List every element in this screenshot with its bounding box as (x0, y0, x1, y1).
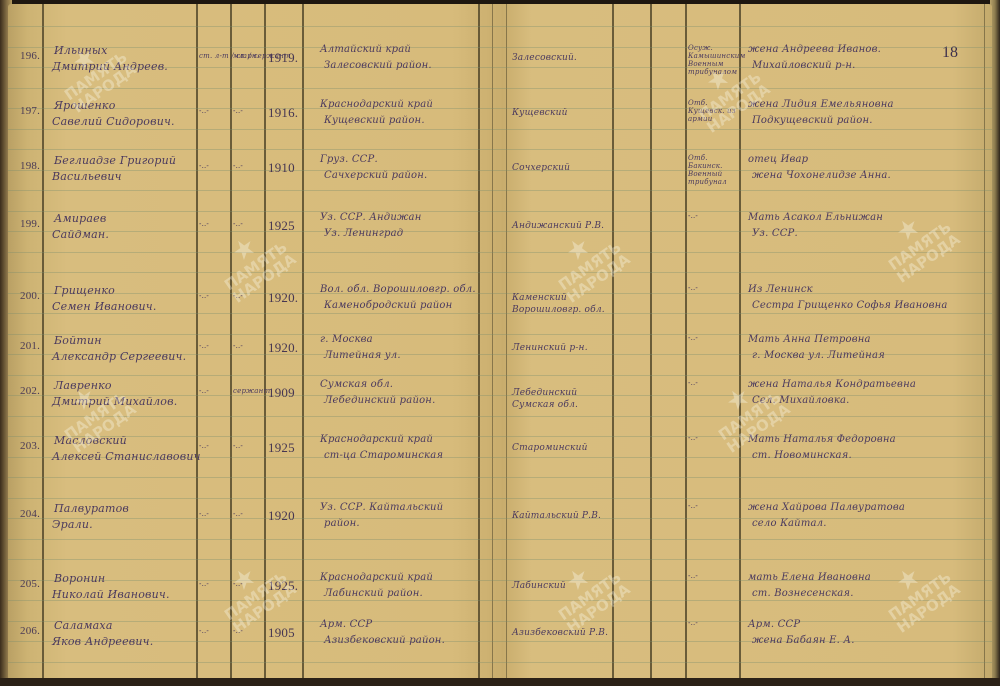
row-number: 200. (20, 290, 40, 302)
ruled-line (8, 416, 502, 417)
service-note: Отб. Бакинск. Военный трибунал (688, 154, 738, 186)
watermark-line1: ПАМЯТЬ (215, 235, 297, 299)
enlistment-office: Азизбековский Р.В. (512, 627, 608, 639)
ruled-line (502, 108, 992, 109)
service-note: -..- (688, 379, 698, 387)
surname: Воронин (54, 572, 105, 585)
given-name: Алексей Станиславович (52, 450, 201, 463)
relative-line2: село Кайтал. (752, 518, 827, 529)
ruled-line (502, 436, 992, 437)
service-note: -..- (688, 572, 698, 580)
watermark-line1: ПАМЯТЬ (549, 565, 631, 629)
relative-line2: г. Москва ул. Литейная (752, 350, 885, 361)
rank: -..- (199, 510, 209, 518)
birth-year: 1905 (268, 625, 295, 641)
row-number: 204. (20, 508, 40, 520)
row-number: 206. (20, 625, 40, 637)
rank: -..- (199, 580, 209, 588)
service-note: -..- (688, 434, 698, 442)
row-number: 203. (20, 440, 40, 452)
relative-line2: жена Чохонелидзе Анна. (752, 170, 891, 181)
relative-line1: отец Ивар (748, 154, 808, 165)
relative-line1: жена Наталья Кондратьевна (748, 379, 916, 390)
birthplace-line2: Сачхерский район. (324, 170, 427, 181)
specialty: -..- (233, 580, 243, 588)
ruled-line (8, 539, 502, 540)
specialty: -..- (233, 162, 243, 170)
given-name: Эрали. (52, 518, 93, 531)
ruled-line (502, 559, 992, 560)
service-note: Отб. Кущевск. из армии (688, 99, 738, 123)
ruled-line (502, 498, 992, 499)
ruled-line (502, 252, 992, 253)
enlistment-office: Кущевский (512, 107, 568, 119)
relative-line1: Из Ленинск (748, 284, 813, 295)
relative-line2: Михайловский р-н. (752, 60, 856, 71)
watermark-line1: ПАМЯТЬ (879, 565, 961, 629)
ruled-line (502, 149, 992, 150)
rank: -..- (199, 342, 209, 350)
birthplace-line1: Вол. обл. Ворошиловгр. обл. (320, 284, 476, 295)
watermark-line2: НАРОДА (888, 227, 970, 291)
ruled-line (8, 498, 502, 499)
ruled-line (502, 354, 992, 355)
rank: -..- (199, 292, 209, 300)
ruled-line (8, 662, 502, 663)
row-number: 198. (20, 160, 40, 172)
watermark-line1: ПАМЯТЬ (215, 565, 297, 629)
ruled-line (502, 375, 992, 376)
surname: Ярошенко (54, 99, 116, 112)
row-number: 197. (20, 105, 40, 117)
birthplace-line2: ст-ца Староминская (324, 450, 443, 461)
relative-line2: Уз. ССР. (752, 228, 798, 239)
rank: -..- (199, 442, 209, 450)
rank: -..- (199, 107, 209, 115)
given-name: Яков Андреевич. (52, 635, 153, 648)
birthplace-line1: г. Москва (320, 334, 373, 345)
ruled-line (502, 190, 992, 191)
service-note: -..- (688, 619, 698, 627)
ruled-line (8, 88, 502, 89)
ledger-spread: 196.ИльиныхДмитрий Андреев.ст. л-т / стр… (0, 0, 1000, 686)
left-page: 196.ИльиныхДмитрий Андреев.ст. л-т / стр… (8, 4, 502, 680)
birthplace-line2: Каменобродский район (324, 300, 452, 311)
enlistment-office: Староминский (512, 442, 588, 454)
ruled-line (502, 211, 992, 212)
service-note: -..- (688, 212, 698, 220)
ruled-line (8, 26, 502, 27)
service-note: -..- (688, 502, 698, 510)
birthplace-line1: Арм. ССР (320, 619, 372, 630)
ruled-line (8, 272, 502, 273)
birthplace-line2: Литейная ул. (324, 350, 401, 361)
relative-line2: Сестра Грищенко Софья Ивановна (752, 300, 948, 311)
rank: -..- (199, 220, 209, 228)
birth-year: 1920. (268, 340, 298, 356)
surname: Амираев (54, 212, 106, 225)
rank: -..- (199, 162, 209, 170)
archive-watermark: ★ПАМЯТЬНАРОДА (694, 363, 800, 460)
given-name: Николай Иванович. (52, 588, 170, 601)
relative-line2: ст. Новоминская. (752, 450, 852, 461)
enlistment-office: Ленинский р-н. (512, 342, 588, 354)
rank: -..- (199, 387, 209, 395)
service-note: -..- (688, 334, 698, 342)
enlistment-office: Андижанский Р.В. (512, 220, 604, 232)
ruled-line (502, 580, 992, 581)
birthplace-line2: Уз. Ленинград (324, 228, 403, 239)
archive-watermark: ★ПАМЯТЬНАРОДА (864, 543, 970, 640)
row-number: 205. (20, 578, 40, 590)
relative-line2: жена Бабаян Е. А. (752, 635, 855, 646)
specialty: -..- (233, 342, 243, 350)
right-page: 18 Залесовский.Осуж. Камышинским Военным… (502, 4, 992, 680)
enlistment-office: Залесовский. (512, 52, 577, 64)
surname: Бойтин (54, 334, 102, 347)
relative-line1: жена Хайрова Палвуратова (748, 502, 905, 513)
watermark-line1: ПАМЯТЬ (879, 215, 961, 279)
enlistment-office: Лабинский (512, 580, 566, 592)
ruled-line (502, 170, 992, 171)
specialty: -..- (233, 442, 243, 450)
relative-line1: жена Андреева Иванов. (748, 44, 881, 55)
birth-year: 1909 (268, 385, 295, 401)
birth-year: 1925. (268, 578, 298, 594)
ruled-line (8, 375, 502, 376)
birthplace-line2: Лебединский район. (324, 395, 435, 406)
enlistment-office: Каменский Ворошиловгр. обл. (512, 292, 610, 316)
birth-year: 1925 (268, 218, 295, 234)
birth-year: 1920 (268, 508, 295, 524)
relative-line1: Арм. ССР (748, 619, 800, 630)
specialty: -..- (233, 107, 243, 115)
ruled-line (502, 26, 992, 27)
ruled-line (502, 600, 992, 601)
ruled-line (8, 252, 502, 253)
birthplace-line1: Уз. ССР. Кайтальский (320, 502, 443, 513)
birthplace-line1: Алтайский край (320, 44, 411, 55)
ruled-line (502, 334, 992, 335)
ruled-line (8, 149, 502, 150)
given-name: Сайдман. (52, 228, 109, 241)
given-name: Семен Иванович. (52, 300, 157, 313)
birth-year: 1910 (268, 160, 295, 176)
surname: Беглиадзе Григорий (54, 154, 176, 167)
watermark-line1: ПАМЯТЬ (549, 235, 631, 299)
book-bottom-edge (0, 678, 1000, 686)
birthplace-line2: Кущевский район. (324, 115, 425, 126)
birthplace-line1: Краснодарский край (320, 99, 433, 110)
birthplace-line1: Краснодарский край (320, 434, 433, 445)
surname: Масловский (54, 434, 127, 447)
relative-line2: ст. Вознесенская. (752, 588, 854, 599)
given-name: Савелий Сидорович. (52, 115, 175, 128)
ruled-line (502, 416, 992, 417)
specialty: -..- (233, 627, 243, 635)
ruled-line (8, 559, 502, 560)
specialty: -..- (233, 220, 243, 228)
birthplace-line2: Лабинский район. (324, 588, 423, 599)
service-note: Осуж. Камышинским Военным трибуналом (688, 44, 738, 76)
specialty: -..- (233, 510, 243, 518)
surname: Ильиных (54, 44, 107, 57)
birthplace-line1: Груз. ССР. (320, 154, 378, 165)
birth-year: 1920. (268, 290, 298, 306)
given-name: Дмитрий Андреев. (52, 60, 168, 73)
row-number: 201. (20, 340, 40, 352)
ruled-line (502, 67, 992, 68)
row-number: 202. (20, 385, 40, 397)
surname: Лавренко (54, 379, 112, 392)
birthplace-line2: Азизбековский район. (324, 635, 445, 646)
ruled-line (502, 272, 992, 273)
archive-watermark: ★ПАМЯТЬНАРОДА (864, 193, 970, 290)
ruled-line (502, 539, 992, 540)
star-icon: ★ (864, 193, 953, 266)
relative-line1: Мать Асакол Ельнижан (748, 212, 883, 223)
rank: -..- (199, 627, 209, 635)
relative-line2: Подкущевский район. (752, 115, 873, 126)
relative-line2: Сел. Михайловка. (752, 395, 850, 406)
given-name: Дмитрий Михайлов. (52, 395, 177, 408)
row-number: 199. (20, 218, 40, 230)
surname: Саламаха (54, 619, 113, 632)
relative-line1: Мать Анна Петровна (748, 334, 871, 345)
watermark-line2: НАРОДА (888, 577, 970, 641)
birthplace-line1: Уз. ССР. Андижан (320, 212, 421, 223)
ruled-line (502, 641, 992, 642)
enlistment-office: Лебединский Сумская обл. (512, 387, 610, 411)
specialty: -..- (233, 292, 243, 300)
birthplace-line1: Краснодарский край (320, 572, 433, 583)
birthplace-line2: Залесовский район. (324, 60, 432, 71)
birth-year: 1916. (268, 105, 298, 121)
enlistment-office: Кайтальский Р.В. (512, 510, 601, 522)
birth-year: 1925 (268, 440, 295, 456)
ruled-line (502, 47, 992, 48)
ruled-line (8, 129, 502, 130)
row-number: 196. (20, 50, 40, 62)
relative-line1: мать Елена Ивановна (748, 572, 871, 583)
ruled-line (502, 621, 992, 622)
surname: Грищенко (54, 284, 115, 297)
given-name: Васильевич (52, 170, 122, 183)
specialty: сержант (233, 387, 270, 395)
ruled-line (502, 129, 992, 130)
service-note: -..- (688, 284, 698, 292)
ruled-line (502, 457, 992, 458)
ruled-line (8, 190, 502, 191)
ruled-line (502, 88, 992, 89)
relative-line1: жена Лидия Емельяновна (748, 99, 894, 110)
ruled-line (8, 477, 502, 478)
surname: Палвуратов (54, 502, 129, 515)
ruled-line (502, 662, 992, 663)
given-name: Александр Сергеевич. (52, 350, 186, 363)
relative-line1: Мать Наталья Федоровна (748, 434, 896, 445)
ruled-line (8, 313, 502, 314)
enlistment-office: Сочхерский (512, 162, 570, 174)
birthplace-line2: район. (324, 518, 360, 529)
ruled-line (502, 477, 992, 478)
birthplace-line1: Сумская обл. (320, 379, 393, 390)
birth-year: 1919. (268, 50, 298, 66)
